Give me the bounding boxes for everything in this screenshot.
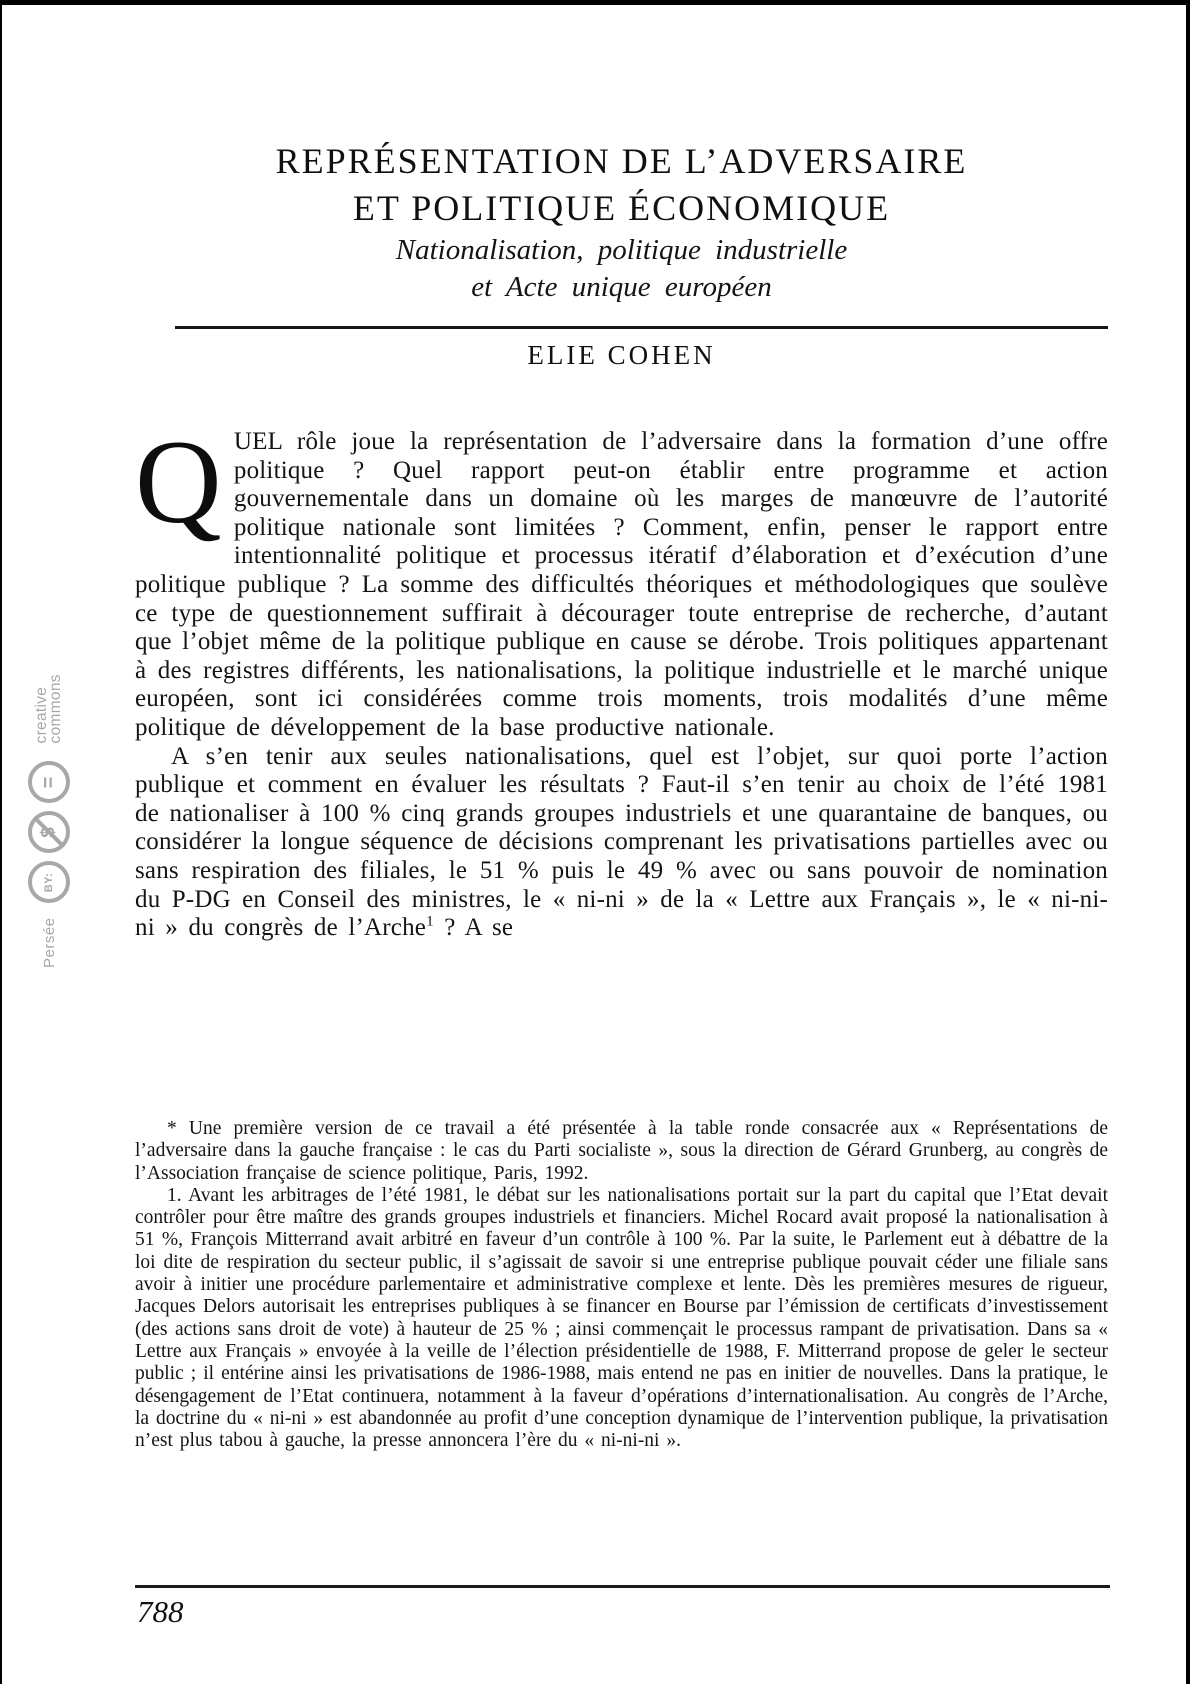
footnote-star-marker: *: [167, 1118, 177, 1139]
footnote-star-text: Une première version de ce travail a été…: [135, 1118, 1108, 1184]
footnote-reference-1: 1: [426, 914, 434, 930]
article-title: REPRÉSENTATION DE L’ADVERSAIRE ET POLITI…: [135, 138, 1108, 232]
cc-nd-icon: =: [28, 761, 70, 803]
article-title-line2: ET POLITIQUE ÉCONOMIQUE: [135, 185, 1108, 232]
article-subtitle-line1: Nationalisation, politique industrielle: [135, 232, 1108, 269]
article-subtitle-line2: et Acte unique européen: [135, 269, 1108, 306]
publisher-label: Persée: [41, 917, 58, 968]
article-body: QUEL rôle joue la représentation de l’ad…: [135, 428, 1108, 943]
title-separator-rule: [175, 326, 1108, 329]
license-strip: Persée BY: $ = creative commons: [20, 638, 78, 968]
paragraph-2-text: A s’en tenir aux seules nationalisations…: [135, 743, 1108, 942]
footnote-1: 1. Avant les arbitrages de l’été 1981, l…: [135, 1185, 1108, 1453]
article-subtitle: Nationalisation, politique industrielle …: [135, 232, 1108, 306]
cc-by-label: BY:: [43, 873, 55, 893]
footnote-star: * Une première version de ce travail a é…: [135, 1118, 1108, 1185]
paragraph-2: A s’en tenir aux seules nationalisations…: [135, 743, 1108, 943]
cc-brand-line2: commons: [47, 674, 64, 743]
creative-commons-logo-text: creative commons: [35, 674, 63, 743]
dropcap-q: Q: [135, 432, 222, 546]
footer-rule: [135, 1585, 1110, 1588]
scan-edge-top: [0, 0, 1190, 5]
footnote-1-text: Avant les arbitrages de l’été 1981, le d…: [135, 1185, 1108, 1451]
author-name: ELIE COHEN: [135, 340, 1108, 371]
paragraph-1: QUEL rôle joue la représentation de l’ad…: [135, 428, 1108, 743]
scan-edge-right: [1186, 0, 1190, 1684]
footnotes-block: * Une première version de ce travail a é…: [135, 1118, 1108, 1452]
page-number: 788: [137, 1594, 184, 1630]
cc-by-icon: BY:: [28, 861, 70, 903]
scanned-article-page: Persée BY: $ = creative commons REPRÉSEN…: [0, 0, 1190, 1684]
footnote-1-marker: 1.: [167, 1185, 182, 1206]
cc-nc-icon: $: [28, 811, 70, 853]
scan-edge-left: [0, 0, 2, 1684]
paragraph-2-text-after-ref: ? A se: [434, 914, 513, 941]
paragraph-1-text: UEL rôle joue la représentation de l’adv…: [135, 428, 1108, 741]
cc-nd-symbol: =: [38, 777, 61, 789]
article-title-line1: REPRÉSENTATION DE L’ADVERSAIRE: [135, 138, 1108, 185]
